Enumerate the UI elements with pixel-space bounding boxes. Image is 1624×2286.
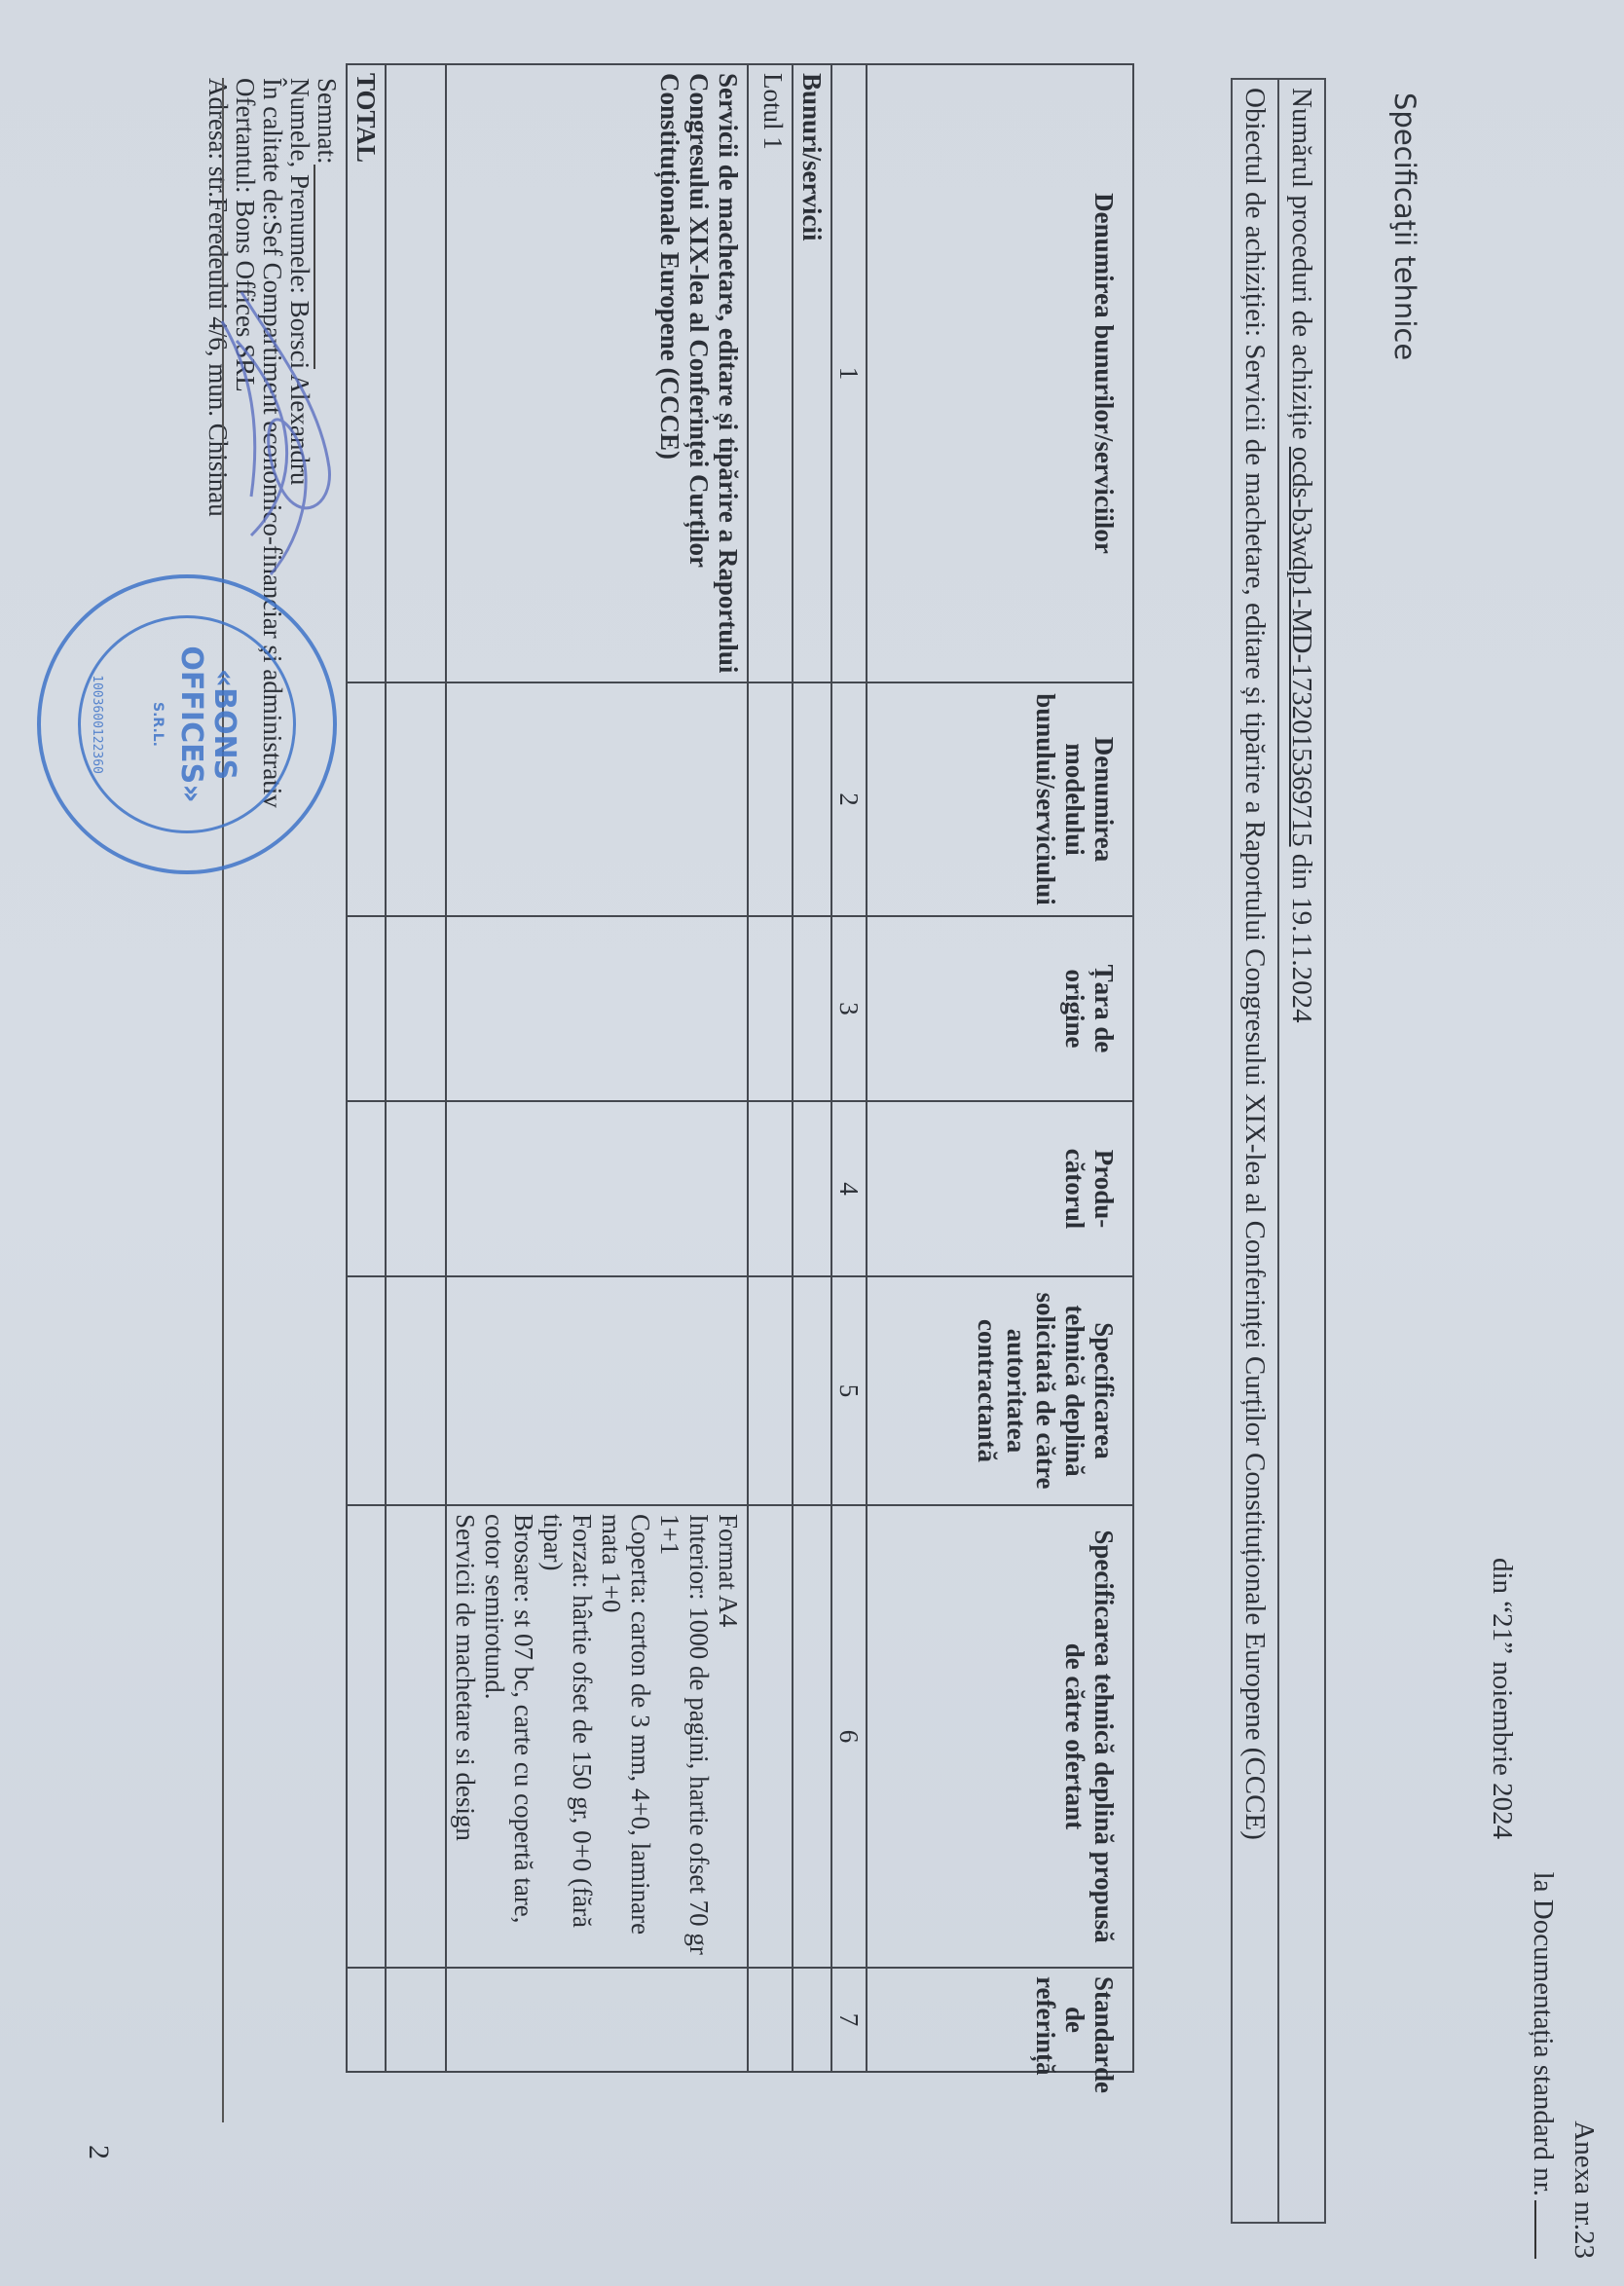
stamp-center: «BONS OFFICES» S.R.L. <box>141 578 240 870</box>
blank-line <box>1534 2200 1536 2259</box>
empty-row <box>386 64 446 2072</box>
header-standards: Standarde de referință <box>867 1968 1133 2072</box>
lot-row: Lotul 1 <box>748 64 793 2072</box>
column-number: 3 <box>831 916 867 1101</box>
header-offered-spec: Specificarea tehnică deplină propusă de … <box>867 1505 1133 1968</box>
spec-line: Format A4 <box>714 1514 743 1959</box>
header-requested-spec: Specificarea tehnică deplină solicitată … <box>867 1276 1133 1505</box>
column-number-row: 1 2 3 4 5 6 7 <box>831 64 867 2072</box>
item-offered-spec: Format A4 Interior: 1000 de pagini, hart… <box>446 1505 748 1968</box>
group-label: Bunuri/servicii <box>793 64 831 682</box>
header-goods-name: Denumirea bunurilor/serviciilor <box>867 64 1133 682</box>
item-model <box>446 682 748 916</box>
document-page: Specificaţii tehnice Anexa nr.23 la Docu… <box>0 0 1624 2286</box>
page-title: Specificaţii tehnice <box>1388 92 1421 360</box>
item-name: Servicii de machetare, editare și tipări… <box>446 64 748 682</box>
column-number: 4 <box>831 1101 867 1276</box>
handwritten-signature <box>203 282 358 604</box>
group-row: Bunuri/servicii <box>793 64 831 2072</box>
column-number: 6 <box>831 1505 867 1968</box>
spec-line: Forzat: hârtie ofset de 150 gr, 0+0 (făr… <box>538 1514 597 1959</box>
annex-number: Anexa nr.23 <box>1564 1519 1605 2259</box>
annex-date: din “21” noiembrie 2024 <box>1482 1519 1523 2259</box>
annex-reference: la Documentația standard nr. <box>1523 1519 1564 2259</box>
procedure-id: ocds-b3wdp1-MD-1732015369715 <box>1286 447 1317 847</box>
header-country: Țara de origine <box>867 916 1133 1101</box>
table-row: Servicii de machetare, editare și tipări… <box>446 64 748 2072</box>
specifications-table: Denumirea bunurilor/serviciilor Denumire… <box>346 63 1134 2073</box>
header-model: Denumirea modelului bunului/serviciului <box>867 682 1133 916</box>
procedure-box: Numărul proceduri de achiziție ocds-b3wd… <box>1231 78 1326 2224</box>
procedure-number: Numărul proceduri de achiziție ocds-b3wd… <box>1277 80 1324 2222</box>
company-stamp: «BONS OFFICES» S.R.L. 1003600122360 <box>37 574 337 874</box>
column-number: 7 <box>831 1968 867 2072</box>
annex-block: Anexa nr.23 la Documentația standard nr.… <box>1482 1519 1605 2259</box>
spec-line: Brosare: st 07 bc, carte cu copertă tare… <box>480 1514 538 1959</box>
header-producer: Produ-cătorul <box>867 1101 1133 1276</box>
stamp-code: 1003600122360 <box>90 578 104 870</box>
item-country <box>446 916 748 1101</box>
column-number: 1 <box>831 64 867 682</box>
item-producer <box>446 1101 748 1276</box>
item-standards <box>446 1968 748 2072</box>
spec-line: Servicii de machetare si design <box>451 1514 480 1959</box>
item-requested-spec <box>446 1276 748 1505</box>
spec-line: Interior: 1000 de pagini, hartie ofset 7… <box>655 1514 714 1959</box>
page-number: 2 <box>82 2145 115 2159</box>
lot-label: Lotul 1 <box>748 64 793 682</box>
column-number: 2 <box>831 682 867 916</box>
column-number: 5 <box>831 1276 867 1505</box>
spec-line: Coperta: carton de 3 mm, 4+0, laminare m… <box>597 1514 655 1959</box>
procurement-object: Obiectul de achiziției: Servicii de mach… <box>1233 80 1277 2222</box>
table-header-row: Denumirea bunurilor/serviciilor Denumire… <box>867 64 1133 2072</box>
